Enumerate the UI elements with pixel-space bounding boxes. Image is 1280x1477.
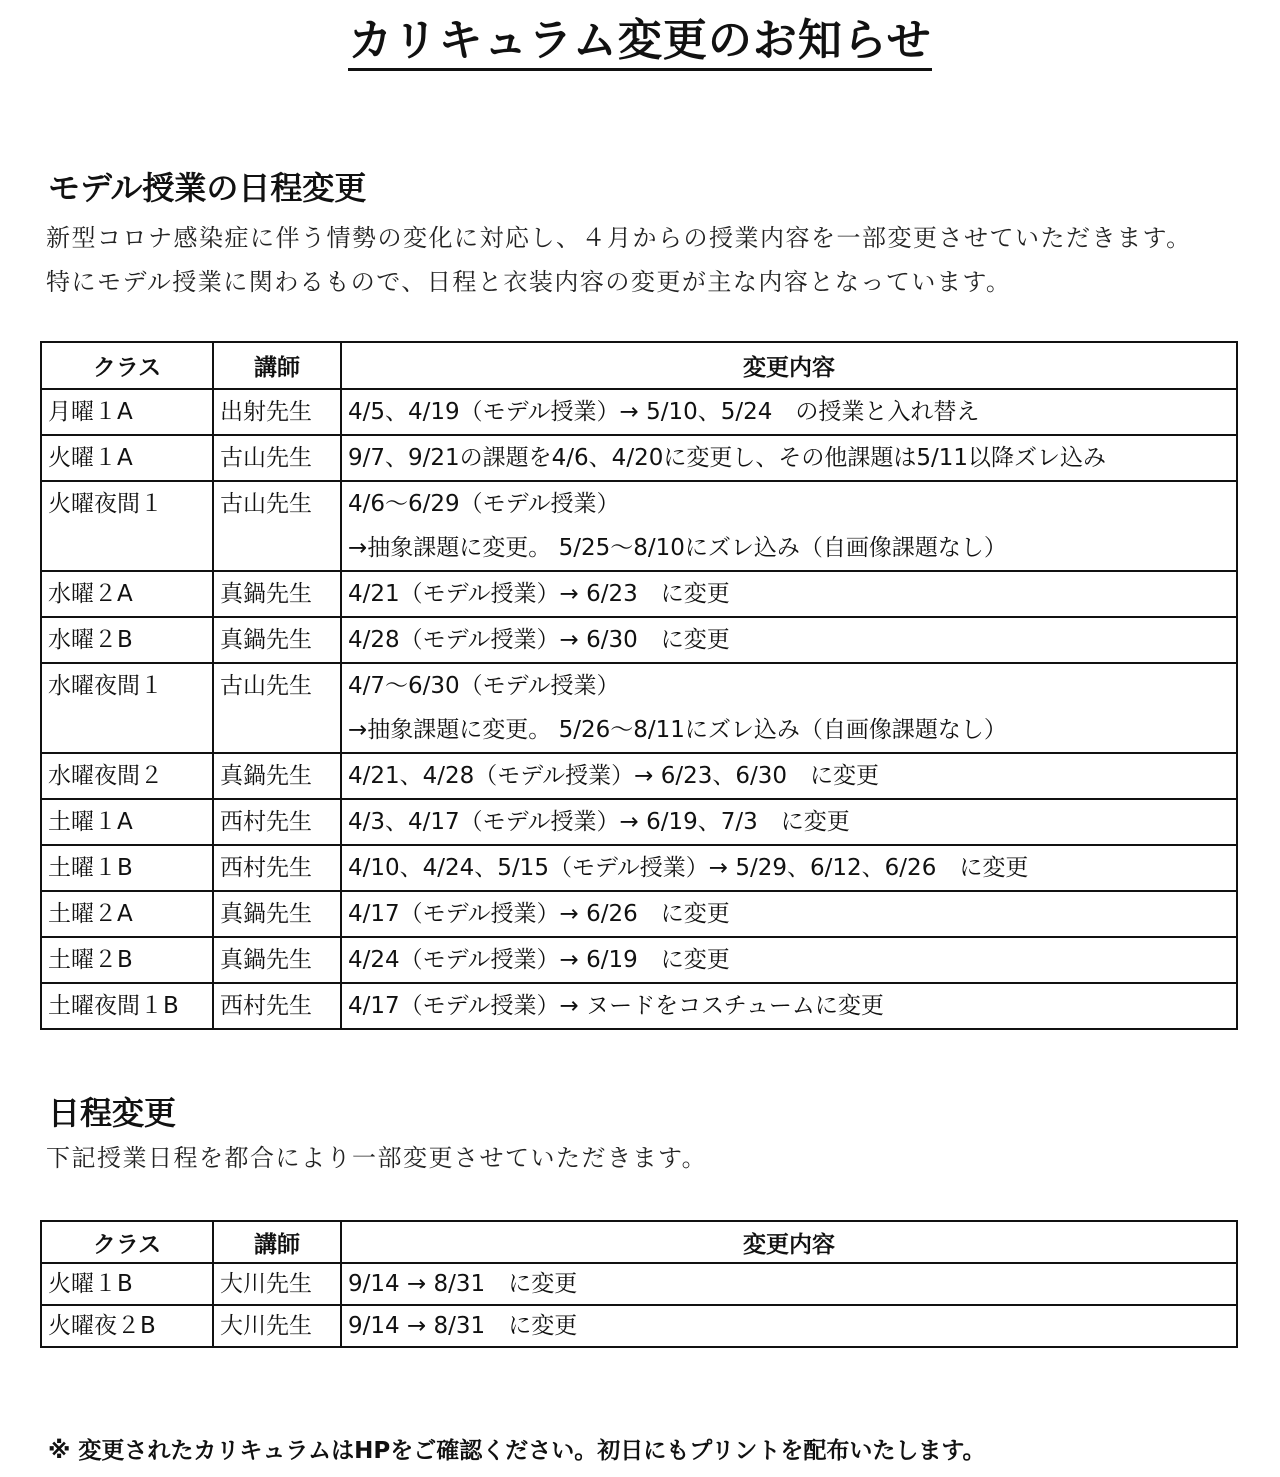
cell-change: 4/21（モデル授業）→ 6/23 に変更 [341, 571, 1237, 617]
table-row: 土曜夜間１B西村先生4/17（モデル授業）→ ヌードをコスチュームに変更 [41, 983, 1237, 1029]
table-row: 火曜夜２B大川先生9/14 → 8/31 に変更 [41, 1305, 1237, 1347]
cell-change: 4/17（モデル授業）→ ヌードをコスチュームに変更 [341, 983, 1237, 1029]
change-line: 9/14 → 8/31 に変更 [348, 1306, 1230, 1346]
table-row: 火曜１B大川先生9/14 → 8/31 に変更 [41, 1263, 1237, 1305]
cell-class: 水曜２A [41, 571, 213, 617]
table-row: 土曜１B西村先生4/10、4/24、5/15（モデル授業）→ 5/29、6/12… [41, 845, 1237, 891]
change-line: 4/6〜6/29（モデル授業） [348, 482, 1230, 526]
table-header-row: クラス 講師 変更内容 [41, 1221, 1237, 1263]
table-row: 月曜１A出射先生4/5、4/19（モデル授業）→ 5/10、5/24 の授業と入… [41, 389, 1237, 435]
section-description: 下記授業日程を都合により一部変更させていただきます。 [46, 1136, 707, 1180]
cell-class: 水曜夜間１ [41, 663, 213, 753]
table-row: 土曜２A真鍋先生4/17（モデル授業）→ 6/26 に変更 [41, 891, 1237, 937]
header-class: クラス [41, 342, 213, 389]
change-line: 4/7〜6/30（モデル授業） [348, 664, 1230, 708]
table-row: 水曜夜間２真鍋先生4/21、4/28（モデル授業）→ 6/23、6/30 に変更 [41, 753, 1237, 799]
cell-class: 土曜２B [41, 937, 213, 983]
cell-class: 土曜２A [41, 891, 213, 937]
cell-teacher: 真鍋先生 [213, 753, 341, 799]
cell-teacher: 大川先生 [213, 1305, 341, 1347]
page-title-text: カリキュラム変更のお知らせ [348, 15, 931, 71]
section-heading-schedule-change: 日程変更 [48, 1088, 176, 1134]
cell-teacher: 古山先生 [213, 435, 341, 481]
cell-class: 火曜１A [41, 435, 213, 481]
cell-change: 4/10、4/24、5/15（モデル授業）→ 5/29、6/12、6/26 に変… [341, 845, 1237, 891]
cell-change: 4/24（モデル授業）→ 6/19 に変更 [341, 937, 1237, 983]
cell-class: 火曜夜間１ [41, 481, 213, 571]
cell-class: 月曜１A [41, 389, 213, 435]
cell-teacher: 真鍋先生 [213, 617, 341, 663]
change-line: 4/17（モデル授業）→ ヌードをコスチュームに変更 [348, 984, 1230, 1028]
cell-teacher: 古山先生 [213, 481, 341, 571]
table-row: 水曜２A真鍋先生4/21（モデル授業）→ 6/23 に変更 [41, 571, 1237, 617]
page-title: カリキュラム変更のお知らせ [0, 4, 1280, 68]
model-schedule-table: クラス 講師 変更内容 月曜１A出射先生4/5、4/19（モデル授業）→ 5/1… [40, 341, 1238, 1030]
section-heading-model-schedule: モデル授業の日程変更 [48, 163, 366, 209]
cell-change: 9/7、9/21の課題を4/6、4/20に変更し、その他課題は5/11以降ズレ込… [341, 435, 1237, 481]
cell-change: 4/3、4/17（モデル授業）→ 6/19、7/3 に変更 [341, 799, 1237, 845]
table-row: 土曜１A西村先生4/3、4/17（モデル授業）→ 6/19、7/3 に変更 [41, 799, 1237, 845]
change-line: 4/5、4/19（モデル授業）→ 5/10、5/24 の授業と入れ替え [348, 390, 1230, 434]
header-class: クラス [41, 1221, 213, 1263]
header-teacher: 講師 [213, 1221, 341, 1263]
cell-teacher: 古山先生 [213, 663, 341, 753]
change-line: 4/21（モデル授業）→ 6/23 に変更 [348, 572, 1230, 616]
change-line: →抽象課題に変更。 5/26〜8/11にズレ込み（自画像課題なし） [348, 708, 1230, 752]
cell-class: 水曜夜間２ [41, 753, 213, 799]
change-line: 4/3、4/17（モデル授業）→ 6/19、7/3 に変更 [348, 800, 1230, 844]
description-line: 特にモデル授業に関わるもので、日程と衣装内容の変更が主な内容となっています。 [46, 260, 1192, 304]
cell-class: 火曜夜２B [41, 1305, 213, 1347]
cell-change: 9/14 → 8/31 に変更 [341, 1305, 1237, 1347]
cell-change: 9/14 → 8/31 に変更 [341, 1263, 1237, 1305]
table-row: 火曜夜間１古山先生4/6〜6/29（モデル授業）→抽象課題に変更。 5/25〜8… [41, 481, 1237, 571]
change-line: 4/21、4/28（モデル授業）→ 6/23、6/30 に変更 [348, 754, 1230, 798]
table-row: 水曜夜間１古山先生4/7〜6/30（モデル授業）→抽象課題に変更。 5/26〜8… [41, 663, 1237, 753]
footer-note: ※ 変更されたカリキュラムはHPをご確認ください。初日にもプリントを配布いたしま… [48, 1432, 985, 1465]
change-line: →抽象課題に変更。 5/25〜8/10にズレ込み（自画像課題なし） [348, 526, 1230, 570]
cell-change: 4/17（モデル授業）→ 6/26 に変更 [341, 891, 1237, 937]
cell-class: 土曜１B [41, 845, 213, 891]
table-row: 水曜２B真鍋先生4/28（モデル授業）→ 6/30 に変更 [41, 617, 1237, 663]
table-header-row: クラス 講師 変更内容 [41, 342, 1237, 389]
description-line: 新型コロナ感染症に伴う情勢の変化に対応し、４月からの授業内容を一部変更させていた… [46, 216, 1192, 260]
cell-class: 土曜１A [41, 799, 213, 845]
cell-teacher: 西村先生 [213, 799, 341, 845]
cell-teacher: 西村先生 [213, 845, 341, 891]
change-line: 9/14 → 8/31 に変更 [348, 1264, 1230, 1304]
change-line: 4/17（モデル授業）→ 6/26 に変更 [348, 892, 1230, 936]
cell-change: 4/21、4/28（モデル授業）→ 6/23、6/30 に変更 [341, 753, 1237, 799]
cell-change: 4/6〜6/29（モデル授業）→抽象課題に変更。 5/25〜8/10にズレ込み（… [341, 481, 1237, 571]
schedule-change-table: クラス 講師 変更内容 火曜１B大川先生9/14 → 8/31 に変更火曜夜２B… [40, 1220, 1238, 1348]
cell-teacher: 真鍋先生 [213, 937, 341, 983]
change-line: 9/7、9/21の課題を4/6、4/20に変更し、その他課題は5/11以降ズレ込… [348, 436, 1230, 480]
table-row: 火曜１A古山先生9/7、9/21の課題を4/6、4/20に変更し、その他課題は5… [41, 435, 1237, 481]
header-change: 変更内容 [341, 342, 1237, 389]
cell-class: 火曜１B [41, 1263, 213, 1305]
cell-change: 4/7〜6/30（モデル授業）→抽象課題に変更。 5/26〜8/11にズレ込み（… [341, 663, 1237, 753]
table-row: 土曜２B真鍋先生4/24（モデル授業）→ 6/19 に変更 [41, 937, 1237, 983]
description-line: 下記授業日程を都合により一部変更させていただきます。 [46, 1136, 707, 1180]
cell-teacher: 真鍋先生 [213, 571, 341, 617]
cell-class: 土曜夜間１B [41, 983, 213, 1029]
change-line: 4/24（モデル授業）→ 6/19 に変更 [348, 938, 1230, 982]
section-description: 新型コロナ感染症に伴う情勢の変化に対応し、４月からの授業内容を一部変更させていた… [46, 216, 1192, 304]
cell-teacher: 大川先生 [213, 1263, 341, 1305]
header-change: 変更内容 [341, 1221, 1237, 1263]
cell-change: 4/5、4/19（モデル授業）→ 5/10、5/24 の授業と入れ替え [341, 389, 1237, 435]
change-line: 4/10、4/24、5/15（モデル授業）→ 5/29、6/12、6/26 に変… [348, 846, 1230, 890]
cell-teacher: 真鍋先生 [213, 891, 341, 937]
cell-class: 水曜２B [41, 617, 213, 663]
cell-teacher: 出射先生 [213, 389, 341, 435]
header-teacher: 講師 [213, 342, 341, 389]
cell-teacher: 西村先生 [213, 983, 341, 1029]
cell-change: 4/28（モデル授業）→ 6/30 に変更 [341, 617, 1237, 663]
change-line: 4/28（モデル授業）→ 6/30 に変更 [348, 618, 1230, 662]
